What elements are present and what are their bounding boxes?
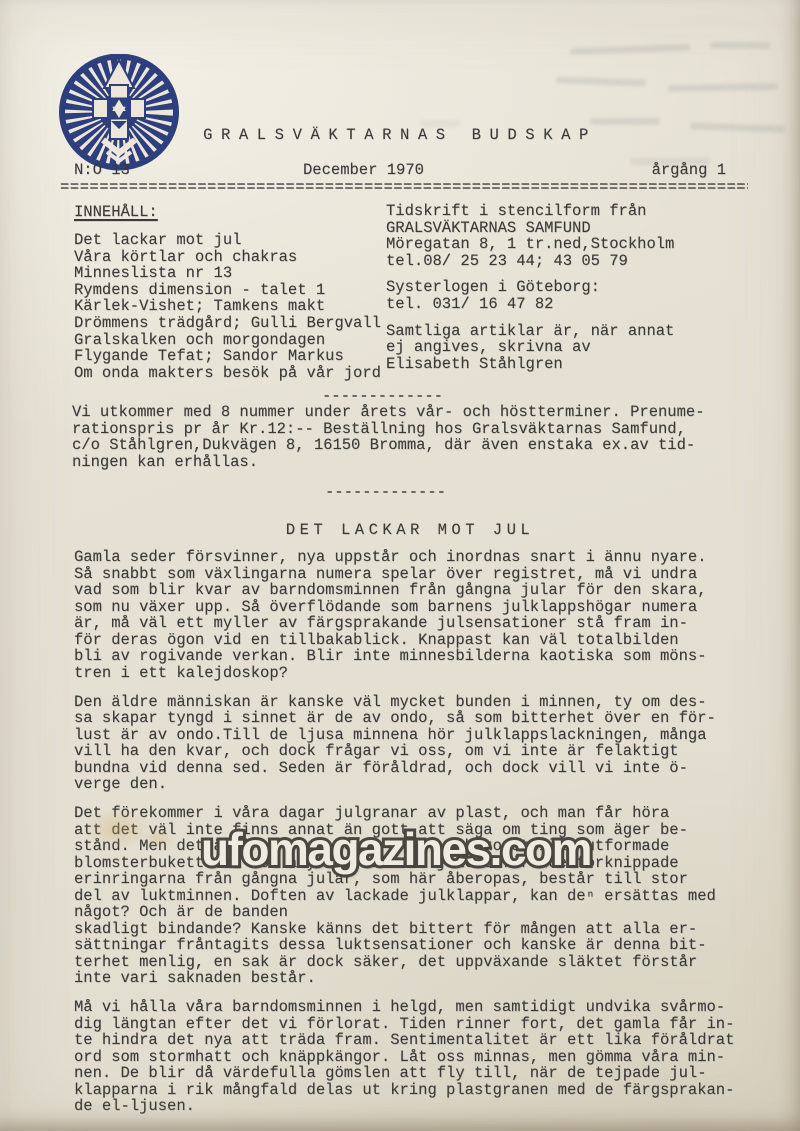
article-paragraph: Må vi hålla våra barndomsminnen i helgd,… bbox=[74, 999, 774, 1115]
contents-item: Det lackar mot jul bbox=[74, 232, 386, 249]
imprint-authorship: Samtliga artiklar är, när annat ej angiv… bbox=[386, 323, 746, 373]
contents-item: Gralskalken och morgondagen bbox=[74, 332, 386, 349]
article-heading: DET LACKAR MOT JUL bbox=[74, 521, 746, 539]
contents-list: Det lackar mot jul Våra körtlar och chak… bbox=[74, 232, 386, 381]
society-emblem-logo bbox=[58, 54, 180, 172]
imprint-publisher: Tidskrift i stencilform från GRALSVÄKTAR… bbox=[386, 203, 746, 269]
issue-date: December 1970 bbox=[303, 161, 424, 179]
article-paragraph: Gamla seder försvinner, nya uppstår och … bbox=[74, 549, 774, 681]
article-paragraph: Den äldre människan är kanske väl mycket… bbox=[74, 694, 774, 793]
contents-item: Rymdens dimension - talet 1 bbox=[74, 282, 386, 299]
issue-volume: årgång 1 bbox=[652, 161, 726, 179]
imprint: Tidskrift i stencilform från GRALSVÄKTAR… bbox=[386, 203, 746, 382]
info-columns: INNEHÅLL: Det lackar mot jul Våra körtla… bbox=[74, 203, 764, 382]
contents-item: Drömmens trädgård; Gulli Bergvall bbox=[74, 315, 386, 332]
contents-item: Våra körtlar och chakras bbox=[74, 249, 386, 266]
contents-item: Kärlek-Vishet; Tamkens makt bbox=[74, 298, 386, 315]
imprint-gothenburg-lodge: Systerlogen i Göteborg: tel. 031/ 16 47 … bbox=[386, 279, 746, 312]
issue-meta-row: N:O 13 December 1970 årgång 1 bbox=[62, 161, 746, 179]
double-rule: ========================================… bbox=[60, 178, 748, 198]
scanned-magazine-page: GRALSVÄKTARNAS BUDSKAP N:O 13 December 1… bbox=[0, 0, 800, 1131]
magazine-title: GRALSVÄKTARNAS BUDSKAP bbox=[0, 126, 800, 144]
contents-item: Flygande Tefat; Sandor Markus bbox=[74, 348, 386, 365]
table-of-contents: INNEHÅLL: Det lackar mot jul Våra körtla… bbox=[74, 203, 386, 382]
issue-number: N:O 13 bbox=[74, 161, 130, 179]
contents-item: Om onda makters besök på vår jord bbox=[74, 365, 386, 382]
contents-item: Minneslista nr 13 bbox=[74, 265, 386, 282]
watermark: ufomagazines.com bbox=[201, 822, 591, 876]
contents-heading: INNEHÅLL: bbox=[74, 203, 386, 221]
subscription-notice: Vi utkommer med 8 nummer under årets vår… bbox=[72, 404, 772, 470]
dashed-divider: ------------- bbox=[325, 483, 446, 501]
paper-stain bbox=[140, 828, 176, 850]
